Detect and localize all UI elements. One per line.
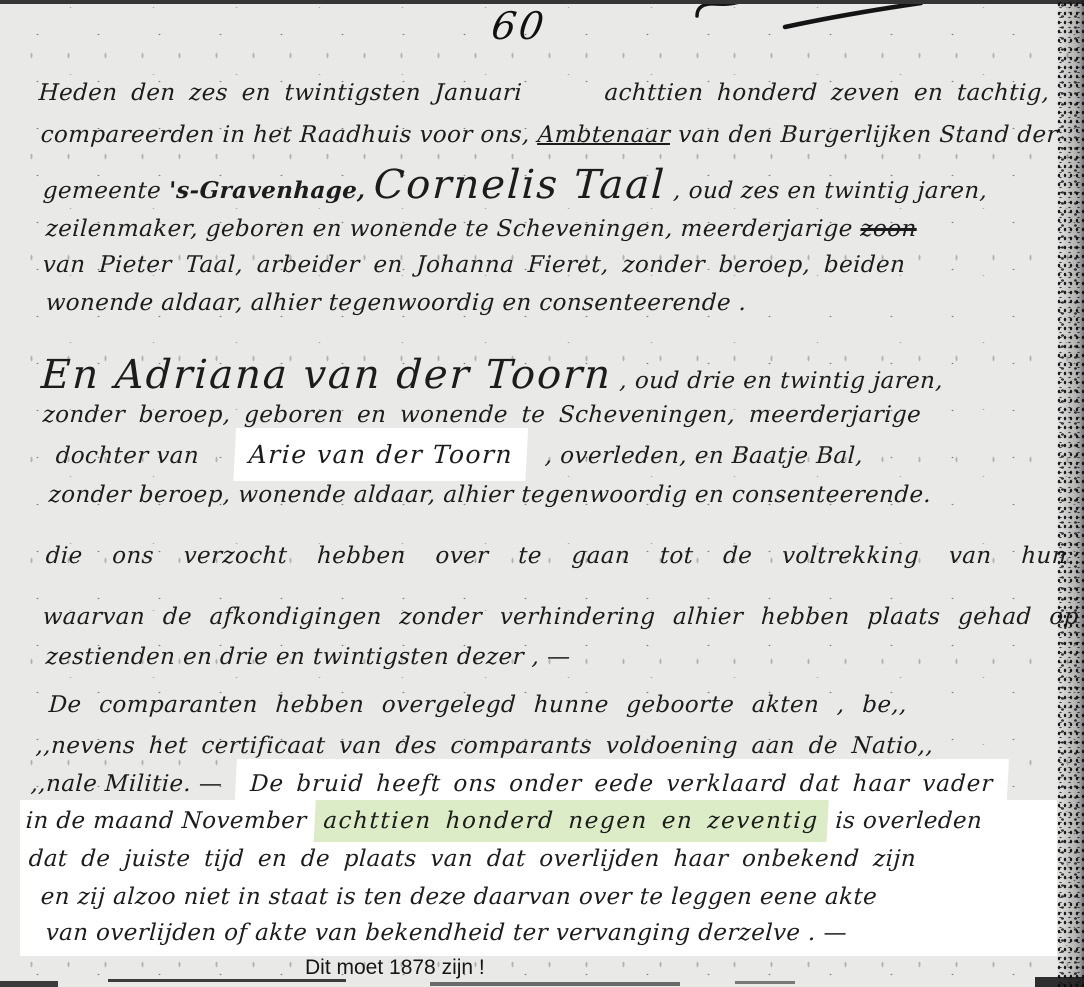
text-line: En Adriana van der Toorn , oud drie en t… xyxy=(40,352,945,398)
page-number: 60 xyxy=(489,4,550,48)
struck-word: zoon xyxy=(860,216,918,242)
line-text: gemeente xyxy=(42,178,162,204)
bottom-edge-artifact xyxy=(108,979,346,982)
document-scan: 60 Heden den zes en twintigsten Januari … xyxy=(0,0,1084,987)
text-line: ,,nale Militie. — De bruid heeft ons ond… xyxy=(30,771,1008,797)
pen-flourish xyxy=(695,0,935,32)
line-text: , oud zes en twintig jaren, xyxy=(673,178,988,204)
line-text: zeilenmaker, geboren en wonende te Schev… xyxy=(45,216,853,242)
line-text: Heden den xyxy=(38,80,176,106)
text-line: zonder beroep, wonende aldaar, alhier te… xyxy=(48,482,932,508)
top-edge-line xyxy=(0,0,1084,4)
line-text: achttien honderd zeven en tachtig, xyxy=(604,80,1050,106)
text-line: ,,nevens het certificaat van des compara… xyxy=(35,733,934,759)
bottom-edge-artifact xyxy=(430,982,680,986)
groom-name: Cornelis Taal xyxy=(373,162,668,208)
bottom-edge-artifact xyxy=(0,981,58,987)
text-line: van Pieter Taal, arbeider en Johanna Fie… xyxy=(42,252,906,278)
text-line: die ons verzocht hebben over te gaan tot… xyxy=(45,543,1084,569)
text-line: zestienden en drie en twintigsten dezer … xyxy=(45,644,571,670)
text-line: in de maand November achttien honderd ne… xyxy=(25,808,983,834)
text-line: van overlijden of akte van bekendheid te… xyxy=(45,920,848,946)
text-line: gemeente 's-Gravenhage, Cornelis Taal , … xyxy=(42,162,989,208)
marriage-date: zes en twintigsten Januari xyxy=(189,80,523,106)
line-text: van den Burgerlijken Stand der xyxy=(677,122,1058,148)
text-line: compareerden in het Raadhuis voor ons, A… xyxy=(40,122,1059,148)
text-line: dochter van Arie van der Toorn , overled… xyxy=(55,440,864,469)
line-text: ,,nale Militie. — xyxy=(30,771,223,797)
bottom-edge-artifact xyxy=(735,981,795,984)
line-text: is overleden xyxy=(835,808,983,834)
line-text: in de maand November xyxy=(25,808,307,834)
date-highlight-green: achttien honderd negen en zeventig xyxy=(313,800,829,842)
line-text: , oud drie en twintig jaren, xyxy=(619,368,944,394)
line-text: , overleden, en Baatje Bal, xyxy=(544,443,864,469)
text-line: dat de juiste tijd en de plaats van dat … xyxy=(28,846,917,872)
bride-name: En Adriana van der Toorn xyxy=(40,352,613,398)
line-text: dochter van xyxy=(55,443,200,469)
father-name-boxed: Arie van der Toorn xyxy=(233,428,528,481)
text-line: en zij alzoo niet in staat is ten deze d… xyxy=(40,884,878,910)
text-line: wonende aldaar, alhier tegenwoordig en c… xyxy=(45,290,747,316)
right-noise-band xyxy=(1056,0,1084,987)
text-line: Heden den zes en twintigsten Januari ach… xyxy=(38,80,1050,106)
official-title: Ambtenaar xyxy=(537,122,671,148)
text-line: waarvan de afkondigingen zonder verhinde… xyxy=(42,604,1084,630)
text-line: zeilenmaker, geboren en wonende te Schev… xyxy=(45,216,917,242)
text-line: zonder beroep, geboren en wonende te Sch… xyxy=(42,402,922,428)
annotation-note: Dit moet 1878 zijn ! xyxy=(305,956,485,980)
municipality-name: 's-Gravenhage, xyxy=(168,177,366,204)
text-line: De comparanten hebben overgelegd hunne g… xyxy=(48,692,908,718)
line-text: compareerden in het Raadhuis voor ons, xyxy=(40,122,531,148)
